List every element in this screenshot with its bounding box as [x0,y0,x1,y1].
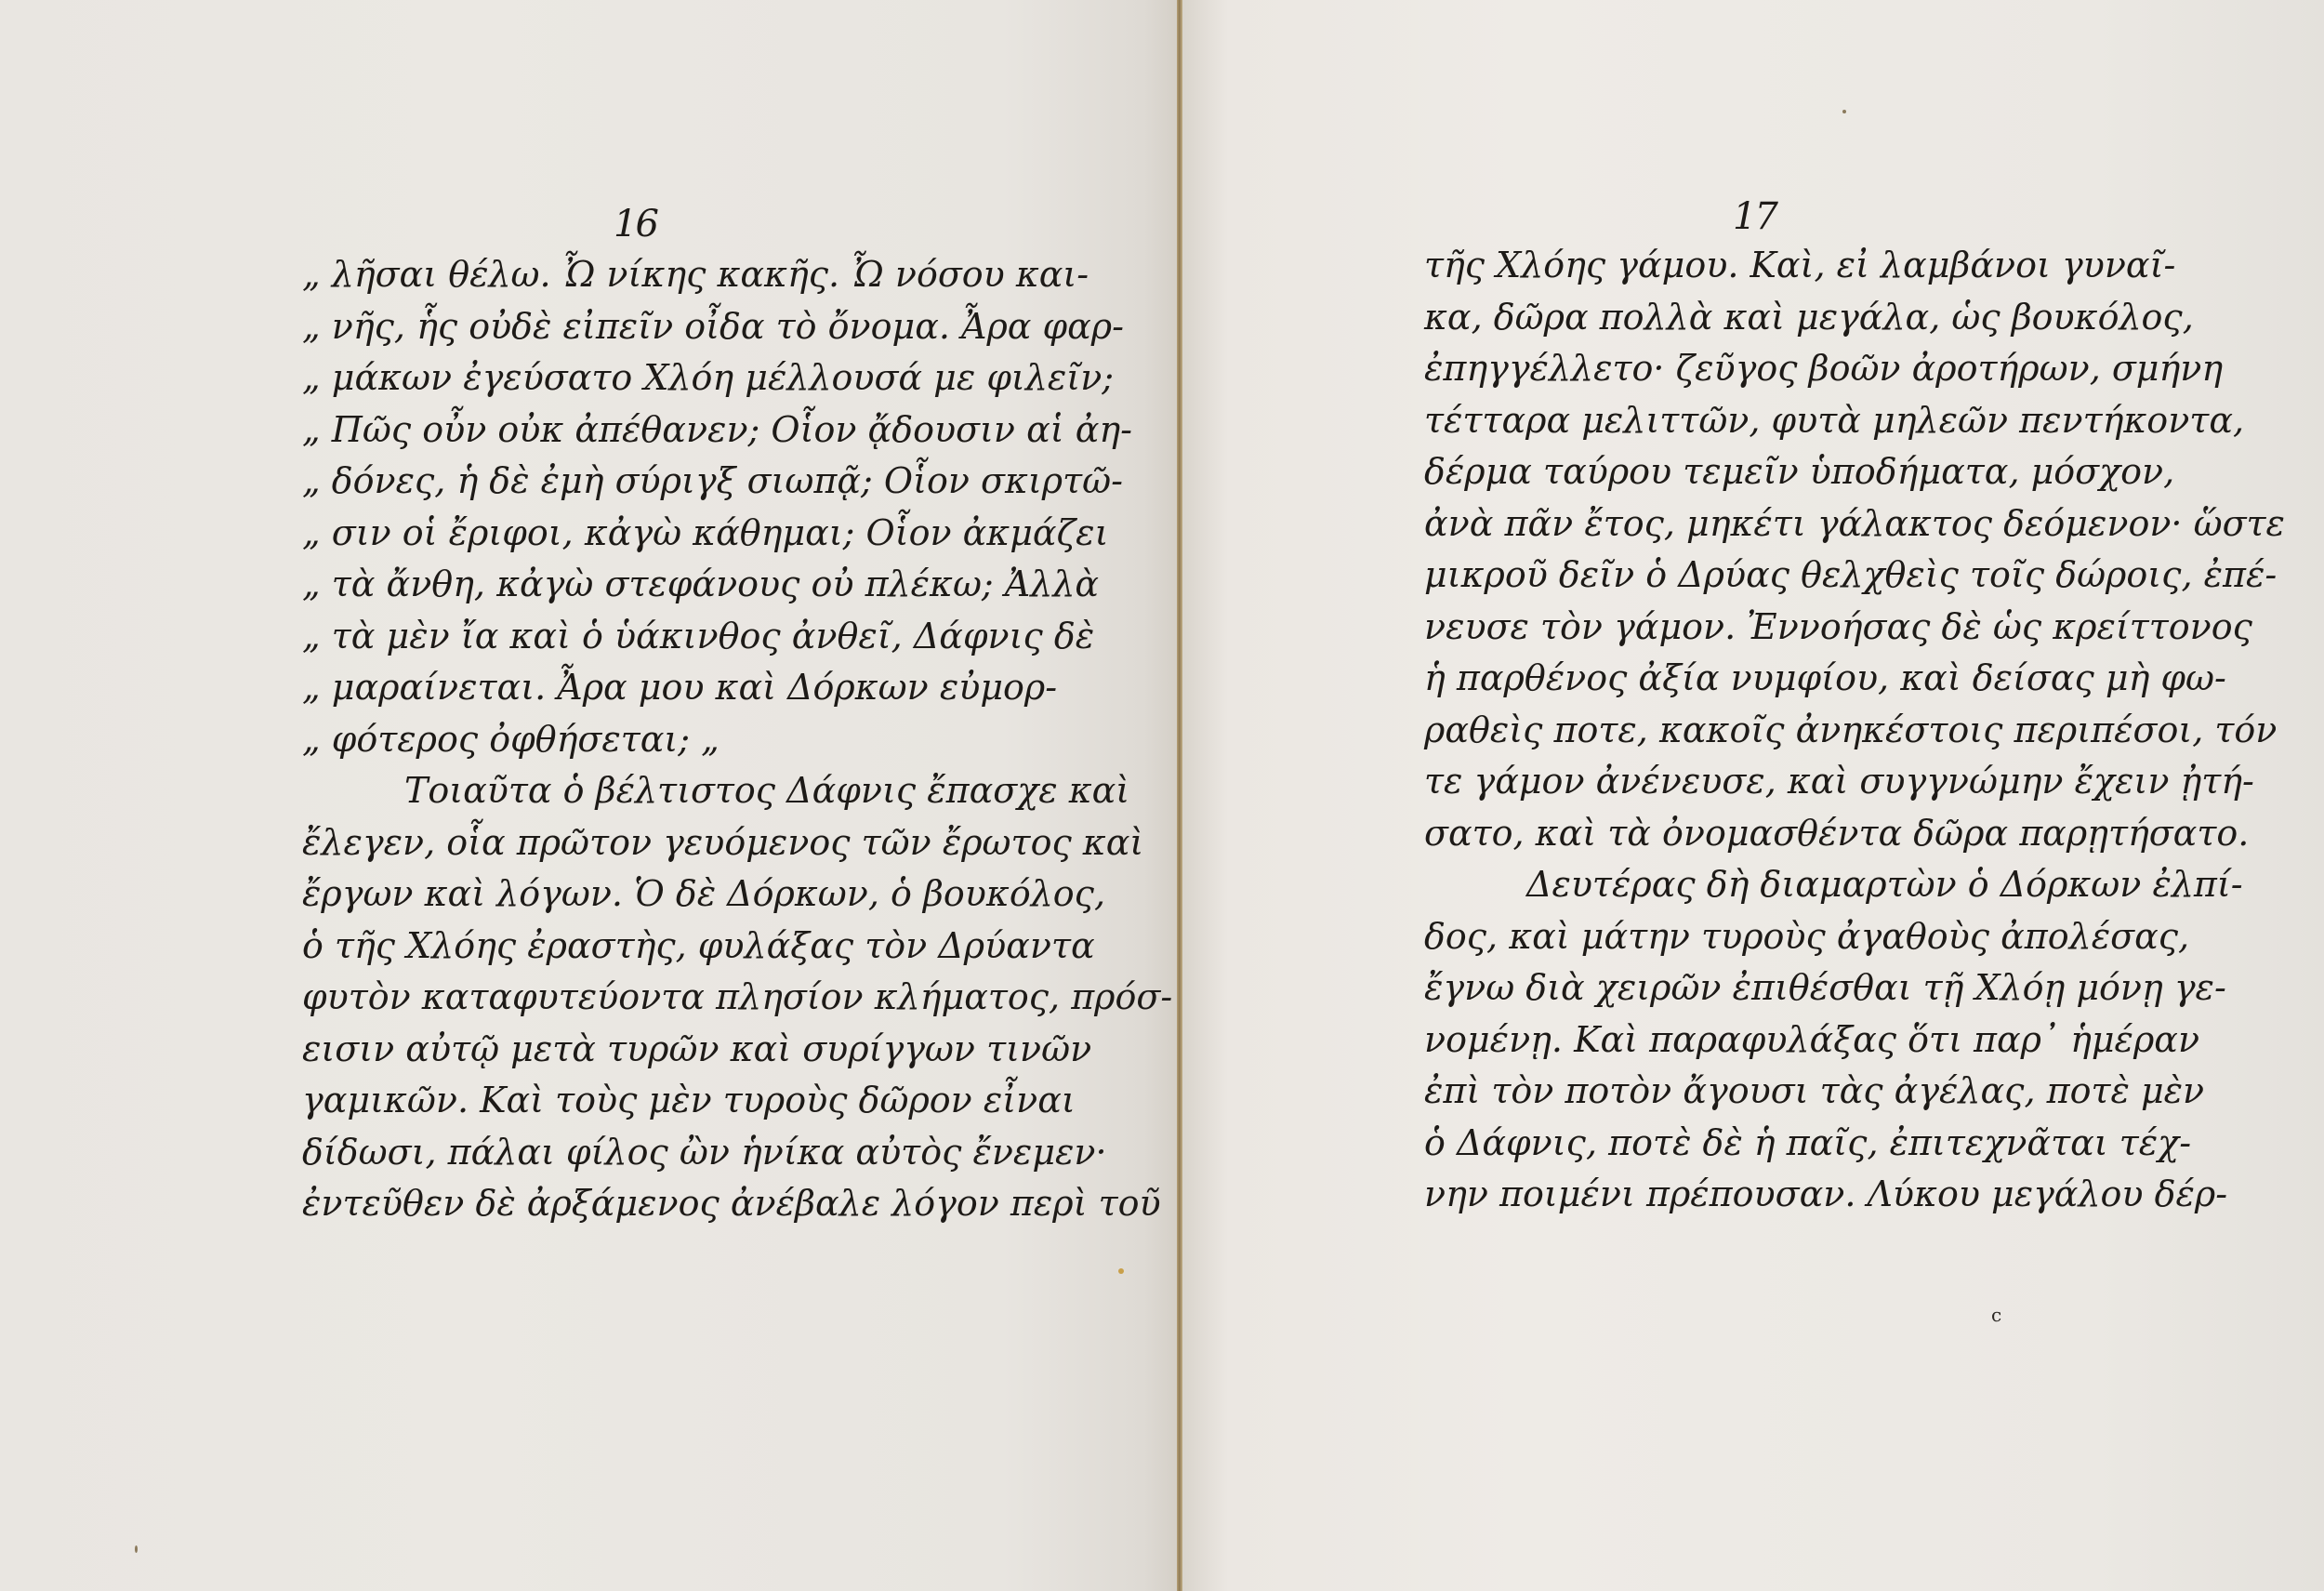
page-text: τῆς Χλόης γάμου. Καὶ, εἰ λαμβάνοι γυναῖ-… [1424,240,2080,1221]
text-line: „ τὰ ἄνθη, κἀγὼ στεφάνους οὐ πλέκω; Ἀλλὰ [302,559,979,611]
page-text: „ λῆσαι θέλω. Ὦ νίκης κακῆς. Ὦ νόσου και… [302,249,979,1230]
text-line: δος, καὶ μάτην τυροὺς ἀγαθοὺς ἀπολέσας, [1424,911,2080,963]
text-line: τῆς Χλόης γάμου. Καὶ, εἰ λαμβάνοι γυναῖ- [1424,240,2080,292]
text-line: κα, δῶρα πολλὰ καὶ μεγάλα, ὡς βουκόλος, [1424,292,2080,344]
text-line: νομένῃ. Καὶ παραφυλάξας ὅτι παρ᾽ ἡμέραν [1424,1014,2080,1067]
text-line: δέρμα ταύρου τεμεῖν ὑποδήματα, μόσχον, [1424,446,2080,498]
text-line: δίδωσι, πάλαι φίλος ὢν ἡνίκα αὐτὸς ἔνεμε… [302,1127,979,1179]
paragraph-start-line: Δευτέρας δὴ διαμαρτὼν ὁ Δόρκων ἐλπί- [1424,859,2080,911]
text-line: „ μαραίνεται. Ἆρα μου καὶ Δόρκων εὐμορ- [302,662,979,714]
text-line: ἡ παρθένος ἀξία νυμφίου, καὶ δείσας μὴ φ… [1424,653,2080,705]
text-line: τέτταρα μελιττῶν, φυτὰ μηλεῶν πεντήκοντα… [1424,395,2080,447]
text-line: νευσε τὸν γάμον. Ἐννοήσας δὲ ὡς κρείττον… [1424,602,2080,654]
open-book: 16 „ λῆσαι θέλω. Ὦ νίκης κακῆς. Ὦ νόσου … [0,0,2324,1591]
text-line: τε γάμον ἀνένευσε, καὶ συγγνώμην ἔχειν ᾐ… [1424,756,2080,808]
signature-mark: c [1991,1304,2001,1326]
text-line: ὁ Δάφνις, ποτὲ δὲ ἡ παῖς, ἐπιτεχνᾶται τέ… [1424,1118,2080,1170]
text-line: σατο, καὶ τὰ ὀνομασθέντα δῶρα παρῃτήσατο… [1424,808,2080,860]
paragraph-start-line: Τοιαῦτα ὁ βέλτιστος Δάφνις ἔπασχε καὶ [302,765,979,817]
text-line: εισιν αὐτῷ μετὰ τυρῶν καὶ συρίγγων τινῶν [302,1024,979,1076]
text-line: νην ποιμένι πρέπουσαν. Λύκου μεγάλου δέρ… [1424,1169,2080,1221]
text-line: ἔργων καὶ λόγων. Ὁ δὲ Δόρκων, ὁ βουκόλος… [302,868,979,921]
left-page: 16 „ λῆσαι θέλω. Ὦ νίκης κακῆς. Ὦ νόσου … [0,0,1179,1591]
ink-speck [135,1545,138,1553]
text-line: „ δόνες, ἡ δὲ ἐμὴ σύριγξ σιωπᾷ; Οἷον σκι… [302,456,979,508]
text-line: ἀνὰ πᾶν ἔτος, μηκέτι γάλακτος δεόμενον· … [1424,498,2080,550]
text-line: ἐπηγγέλλετο· ζεῦγος βοῶν ἀροτήρων, σμήνη [1424,343,2080,395]
text-line: ἔλεγεν, οἷα πρῶτον γευόμενος τῶν ἔρωτος … [302,817,979,869]
right-page: 17 τῆς Χλόης γάμου. Καὶ, εἰ λαμβάνοι γυν… [1182,0,2324,1591]
foxing-spot [1118,1268,1124,1274]
ink-speck [1842,110,1846,113]
text-line: „ σιν οἱ ἔριφοι, κἀγὼ κάθημαι; Οἷον ἀκμά… [302,508,979,560]
text-line: μικροῦ δεῖν ὁ Δρύας θελχθεὶς τοῖς δώροις… [1424,550,2080,602]
text-line: „ νῆς, ἧς οὐδὲ εἰπεῖν οἶδα τὸ ὄνομα. Ἆρα… [302,301,979,353]
text-line: „ τὰ μὲν ἴα καὶ ὁ ὑάκινθος ἀνθεῖ, Δάφνις… [302,611,979,663]
text-line: ὁ τῆς Χλόης ἐραστὴς, φυλάξας τὸν Δρύαντα [302,921,979,973]
page-number: 17 [1733,195,1776,238]
page-number: 16 [614,203,657,245]
text-line: φυτὸν καταφυτεύοντα πλησίον κλήματος, πρ… [302,972,979,1024]
text-line: ραθεὶς ποτε, κακοῖς ἀνηκέστοις περιπέσοι… [1424,705,2080,757]
text-line: „ λῆσαι θέλω. Ὦ νίκης κακῆς. Ὦ νόσου και… [302,249,979,301]
text-line: γαμικῶν. Καὶ τοὺς μὲν τυροὺς δῶρον εἶναι [302,1075,979,1127]
text-line: ἐντεῦθεν δὲ ἀρξάμενος ἀνέβαλε λόγον περὶ… [302,1178,979,1230]
text-line: „ φότερος ὀφθήσεται; „ [302,714,979,766]
text-line: „ Πῶς οὖν οὐκ ἀπέθανεν; Οἷον ᾄδουσιν αἱ … [302,404,979,457]
text-line: ἐπὶ τὸν ποτὸν ἄγουσι τὰς ἀγέλας, ποτὲ μὲ… [1424,1066,2080,1118]
text-line: „ μάκων ἐγεύσατο Χλόη μέλλουσά με φιλεῖν… [302,352,979,404]
text-line: ἔγνω διὰ χειρῶν ἐπιθέσθαι τῇ Χλόῃ μόνῃ γ… [1424,962,2080,1014]
